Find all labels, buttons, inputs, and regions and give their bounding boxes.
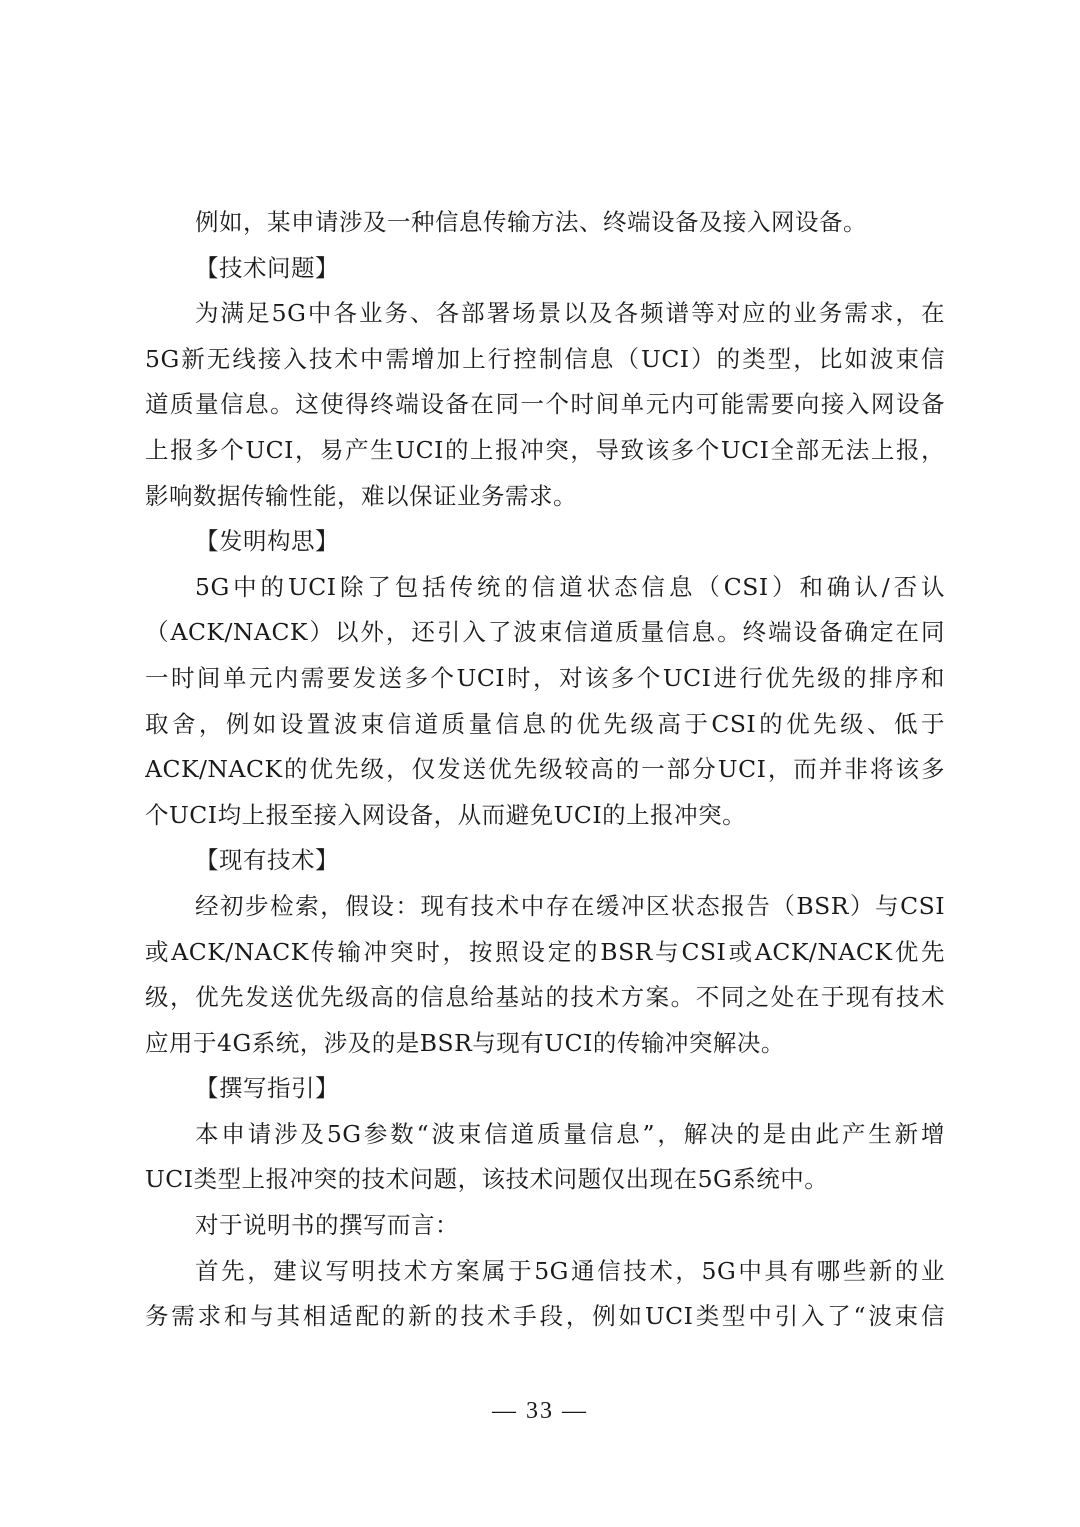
paragraph-line: 个UCI均上报至接入网设备，从而避免UCI的上报冲突。 bbox=[145, 793, 945, 839]
paragraph-line: 一时间单元内需要发送多个UCI时，对该多个UCI进行优先级的排序和 bbox=[145, 656, 945, 702]
paragraph-line: 道质量信息。这使得终端设备在同一个时间单元内可能需要向接入网设备 bbox=[145, 382, 945, 428]
paragraph-line: 影响数据传输性能，难以保证业务需求。 bbox=[145, 474, 945, 520]
paragraph-line: 经初步检索，假设：现有技术中存在缓冲区状态报告（BSR）与CSI bbox=[145, 884, 945, 930]
paragraph-line: 首先，建议写明技术方案属于5G通信技术，5G中具有哪些新的业 bbox=[145, 1249, 945, 1295]
paragraph-line: UCI类型上报冲突的技术问题，该技术问题仅出现在5G系统中。 bbox=[145, 1157, 945, 1203]
section-heading-prior-art: 【现有技术】 bbox=[145, 838, 945, 884]
document-body: 例如，某申请涉及一种信息传输方法、终端设备及接入网设备。 【技术问题】 为满足5… bbox=[145, 200, 945, 1340]
paragraph-line: 对于说明书的撰写而言： bbox=[145, 1203, 945, 1249]
paragraph-line: 取舍，例如设置波束信道质量信息的优先级高于CSI的优先级、低于 bbox=[145, 702, 945, 748]
paragraph-line: （ACK/NACK）以外，还引入了波束信道质量信息。终端设备确定在同 bbox=[145, 610, 945, 656]
paragraph-line: 例如，某申请涉及一种信息传输方法、终端设备及接入网设备。 bbox=[145, 200, 945, 246]
section-heading-inventive-concept: 【发明构思】 bbox=[145, 519, 945, 565]
paragraph-line: 务需求和与其相适配的新的技术手段，例如UCI类型中引入了“波束信 bbox=[145, 1294, 945, 1340]
section-heading-technical-problem: 【技术问题】 bbox=[145, 246, 945, 292]
paragraph-line: ACK/NACK的优先级，仅发送优先级较高的一部分UCI，而并非将该多 bbox=[145, 747, 945, 793]
section-heading-drafting-guidance: 【撰写指引】 bbox=[145, 1066, 945, 1112]
paragraph-line: 上报多个UCI，易产生UCI的上报冲突，导致该多个UCI全部无法上报， bbox=[145, 428, 945, 474]
paragraph-line: 应用于4G系统，涉及的是BSR与现有UCI的传输冲突解决。 bbox=[145, 1021, 945, 1067]
paragraph-line: 为满足5G中各业务、各部署场景以及各频谱等对应的业务需求，在 bbox=[145, 291, 945, 337]
page-number: — 33 — bbox=[0, 1398, 1080, 1425]
paragraph-line: 级，优先发送优先级高的信息给基站的技术方案。不同之处在于现有技术 bbox=[145, 975, 945, 1021]
paragraph-line: 5G新无线接入技术中需增加上行控制信息（UCI）的类型，比如波束信 bbox=[145, 337, 945, 383]
paragraph-line: 5G中的UCI除了包括传统的信道状态信息（CSI）和确认/否认 bbox=[145, 565, 945, 611]
paragraph-line: 或ACK/NACK传输冲突时，按照设定的BSR与CSI或ACK/NACK优先 bbox=[145, 930, 945, 976]
paragraph-line: 本申请涉及5G参数“波束信道质量信息”，解决的是由此产生新增 bbox=[145, 1112, 945, 1158]
